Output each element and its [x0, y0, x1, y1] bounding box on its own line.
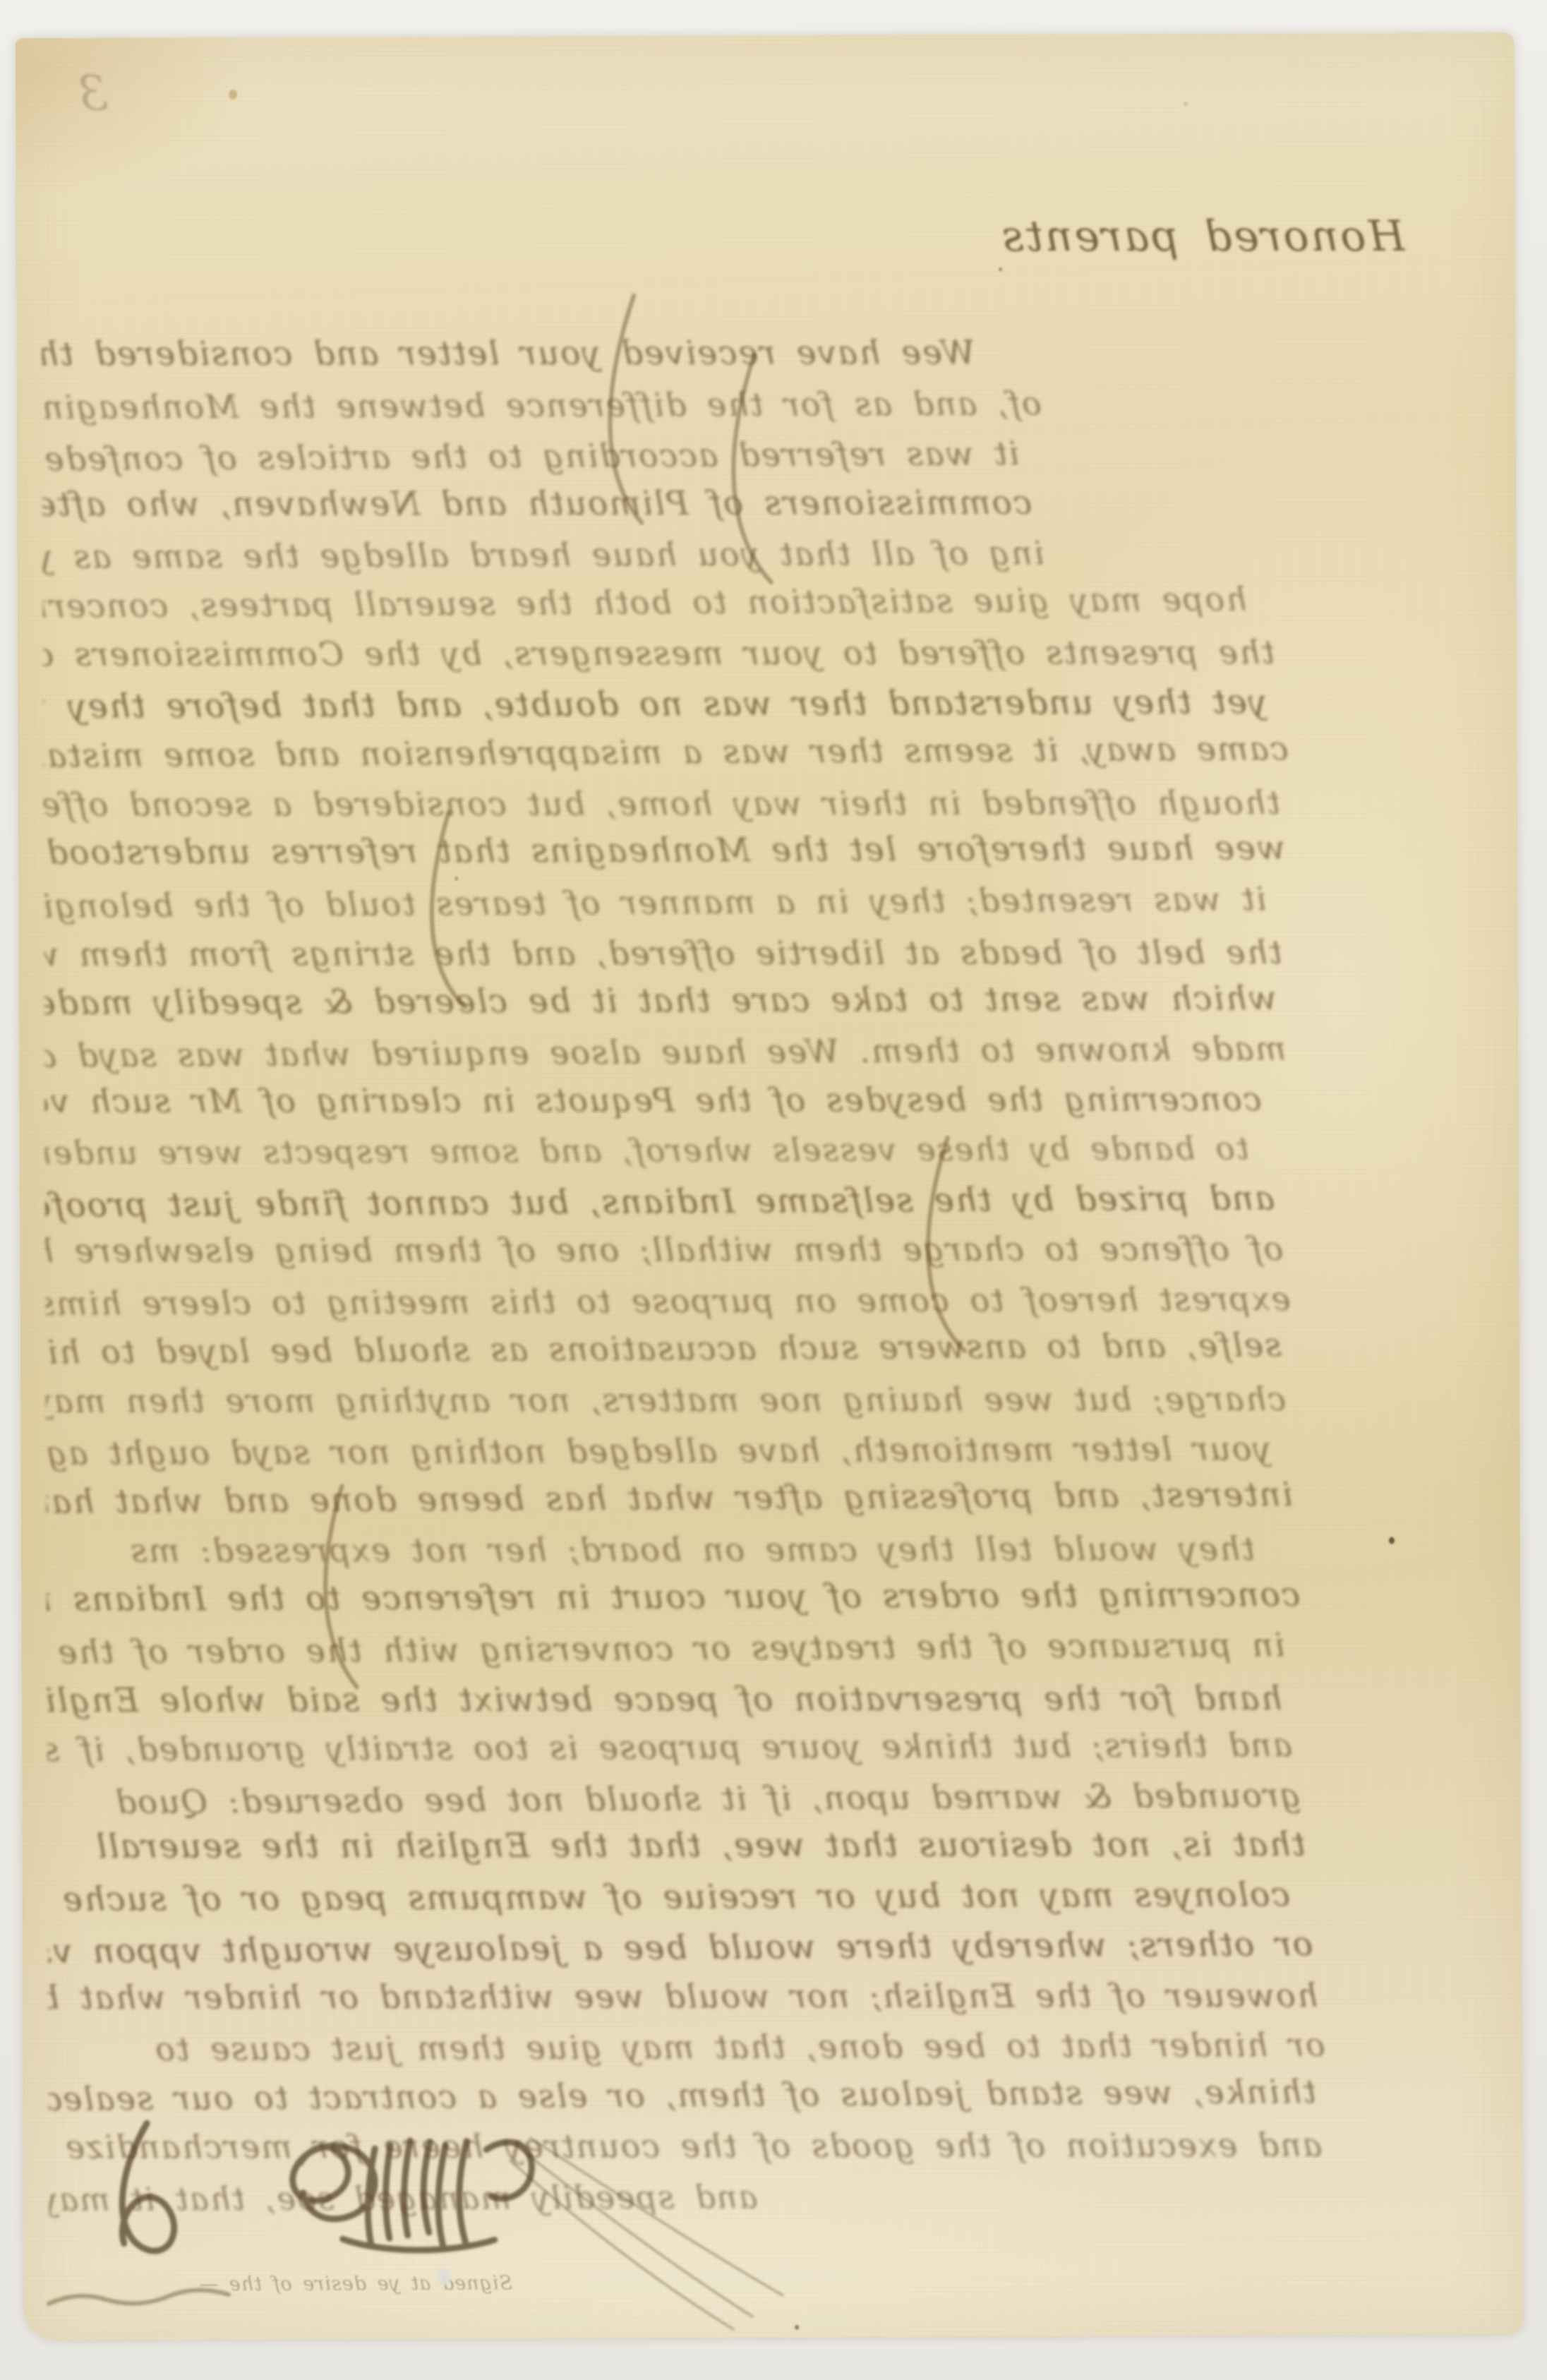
handwriting-line: selfe, and to answere such accusations a…: [46, 1322, 1282, 1376]
ink-speck: [455, 877, 458, 881]
handwriting-line: yet they understand ther was no doubte, …: [43, 680, 1267, 731]
handwriting-line: ing of all that you haue heard alledge t…: [42, 530, 1044, 580]
handwriting-line: or hinder that to bee done, that may giu…: [49, 2022, 1325, 2074]
handwriting-line: that is, not desirous that wee, that the…: [48, 1822, 1306, 1871]
ink-speck: [1184, 102, 1188, 107]
handwriting-line: interest, and professing after what has …: [47, 1472, 1293, 1526]
handwriting-line: grounded & warned upon, if it should not…: [47, 1772, 1301, 1827]
handwriting-line: which was sent to take care that it be c…: [44, 976, 1277, 1028]
handwriting-line: and prized by the selfsame Indians, but …: [45, 1176, 1275, 1230]
handwriting-line: charge; but wee hauing noe matters, nor …: [46, 1376, 1286, 1425]
handwriting-line: colonyes may not buy or receiue of wampu…: [48, 1873, 1290, 1924]
handwriting-line: commissioners of Plimouth and Newhaven, …: [42, 481, 1032, 529]
handwriting-line: and execution of the goods of the countr…: [49, 2122, 1322, 2171]
handwriting-line: came away, it seems ther was a misappreh…: [43, 726, 1288, 779]
handwriting-line: the presents offered to your messengers,…: [43, 630, 1275, 678]
handwriting-line: it was referred according to the article…: [42, 431, 1019, 483]
handwriting-line: exprest hereof to come on purpose to thi…: [46, 1276, 1291, 1328]
handwriting-line: concerning the besydes of the Pequots in…: [44, 1076, 1261, 1125]
handwriting-line: concerning the orders of your court in r…: [47, 1573, 1300, 1624]
handwriting-line: your letter mentioneth, have alledged no…: [46, 1426, 1271, 1477]
letter-page: 3 Honored parents Signed at ye desire of…: [16, 32, 1524, 2340]
ink-speck: [999, 268, 1002, 272]
handwriting-line: in pursuance of the treatyes or conversi…: [47, 1622, 1284, 1676]
handwriting-line: to bande by these vessels wherof, and so…: [45, 1126, 1249, 1177]
paper-fleck: [437, 2268, 451, 2285]
handwriting-line: of, and as for the difference betwene th…: [42, 381, 1042, 431]
handwriting-line: made knowne to them. Wee haue alsoe enqu…: [44, 1026, 1286, 1079]
handwriting-line: thinke, wee stand jealous of them, or el…: [49, 2069, 1316, 2123]
handwriting-line: hope may giue satisfaction to both the s…: [43, 577, 1247, 630]
handwriting-line: they would tell they came on board; her …: [47, 1526, 1255, 1575]
ink-stroke: [517, 2146, 752, 2317]
handwriting-line: and theirs; but thinke youre purpose is …: [47, 1722, 1292, 1774]
handwriting-line: hand for the preservation of peace betwi…: [47, 1676, 1282, 1725]
handwriting-line: the belt of beads at libertie offered, a…: [44, 930, 1282, 978]
ink-speck: [229, 90, 237, 100]
ink-stroke: [343, 2239, 495, 2251]
handwriting-line: it was resented; they in a manner of tea…: [44, 876, 1266, 930]
handwriting-line: or others; whereby there would bee a jea…: [48, 1922, 1313, 1976]
handwriting-line: wee haue therefore let the Monheagins th…: [44, 826, 1285, 877]
manuscript-scan: 3 Honored parents Signed at ye desire of…: [0, 0, 1547, 2380]
handwriting-line: howeuer of the English; nor would wee wi…: [48, 1973, 1318, 2021]
handwriting-line: and speedily managed soe, that it may al…: [49, 2175, 757, 2224]
page-number: 3: [78, 66, 109, 122]
handwriting-line: though offended in their way home, but c…: [44, 780, 1280, 829]
handwriting-line: Wee have received your letter and consid…: [42, 330, 975, 378]
salutation-line: Honored parents: [42, 212, 1405, 262]
ink-speck: [795, 2325, 799, 2330]
ink-speck: [1389, 1537, 1395, 1544]
handwriting-line: of offence to charge them withall; one o…: [45, 1226, 1283, 1275]
